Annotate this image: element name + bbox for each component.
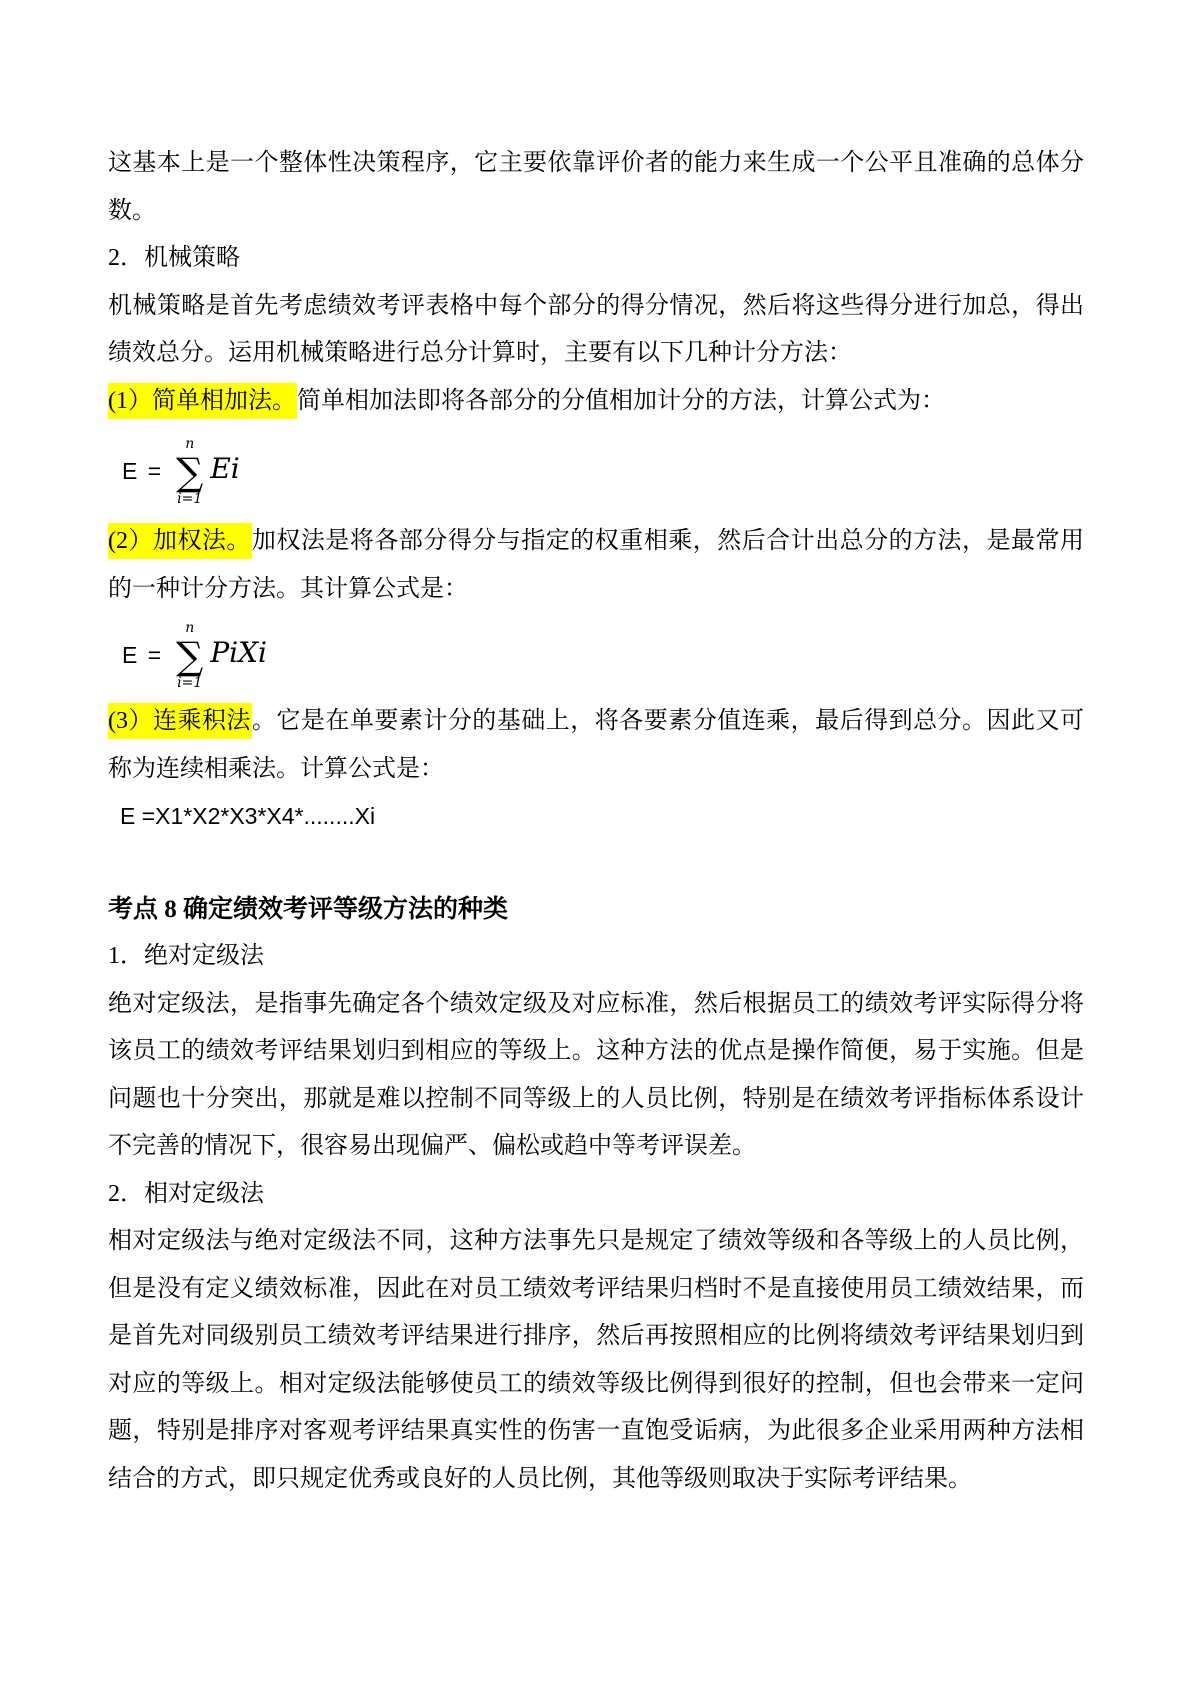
paragraph-intro: 这基本上是一个整体性决策程序，它主要依靠评价者的能力来生成一个公平且准确的总体分… — [108, 140, 1084, 235]
paragraph-weighted-method: (2）加权法。加权法是将各部分得分与指定的权重相乘，然后合计出总分的方法，是最常… — [108, 518, 1084, 613]
formula-lhs: E = — [122, 448, 163, 496]
paragraph-simple-addition: (1）简单相加法。简单相加法即将各部分的分值相加计分的方法，计算公式为： — [108, 378, 1084, 426]
summation-symbol: n ∑ i=1 — [176, 621, 203, 691]
heading-relative-grading: 2．相对定级法 — [108, 1171, 1084, 1219]
summation-symbol: n ∑ i=1 — [176, 437, 203, 507]
paragraph-absolute-grading: 绝对定级法，是指事先确定各个绩效定级及对应标准，然后根据员工的绩效考评实际得分将… — [108, 981, 1084, 1171]
formula-expression: Ei — [210, 445, 239, 499]
document-page: 这基本上是一个整体性决策程序，它主要依靠评价者的能力来生成一个公平且准确的总体分… — [0, 0, 1191, 1684]
formula-expression: PiXi — [210, 629, 267, 683]
sigma-glyph: ∑ — [176, 636, 203, 676]
formula-simple-addition: E = n ∑ i=1 Ei — [108, 425, 1084, 518]
sigma-glyph: ∑ — [176, 452, 203, 492]
paragraph-mechanical-strategy: 机械策略是首先考虑绩效考评表格中每个部分的得分情况，然后将这些得分进行加总，得出… — [108, 283, 1084, 378]
formula-multiplication: E =X1*X2*X3*X4*........Xi — [108, 793, 1084, 841]
heading-mechanical-strategy: 2．机械策略 — [108, 235, 1084, 283]
summation-lower-limit: i=1 — [177, 676, 202, 691]
summation-lower-limit: i=1 — [177, 492, 202, 507]
paragraph-relative-grading: 相对定级法与绝对定级法不同，这种方法事先只是规定了绩效等级和各等级上的人员比例，… — [108, 1218, 1084, 1503]
formula-lhs: E = — [122, 632, 163, 680]
text-multiplication-method: 。它是在单要素计分的基础上，将各要素分值连乘，最后得到总分。因此又可称为连续相乘… — [108, 708, 1084, 782]
highlight-weighted-method: (2）加权法。 — [108, 523, 252, 559]
heading-absolute-grading: 1．绝对定级法 — [108, 933, 1084, 981]
text-weighted-method: 加权法是将各部分得分与指定的权重相乘，然后合计出总分的方法，是最常用的一种计分方… — [108, 528, 1084, 602]
highlight-simple-addition: (1）简单相加法。 — [108, 383, 297, 419]
highlight-multiplication-method: (3）连乘积法 — [108, 703, 252, 739]
text-simple-addition: 简单相加法即将各部分的分值相加计分的方法，计算公式为： — [297, 388, 945, 414]
heading-kaodian-8: 考点 8 确定绩效考评等级方法的种类 — [108, 886, 1084, 934]
paragraph-multiplication-method: (3）连乘积法。它是在单要素计分的基础上，将各要素分值连乘，最后得到总分。因此又… — [108, 698, 1084, 793]
formula-weighted-method: E = n ∑ i=1 PiXi — [108, 613, 1084, 698]
